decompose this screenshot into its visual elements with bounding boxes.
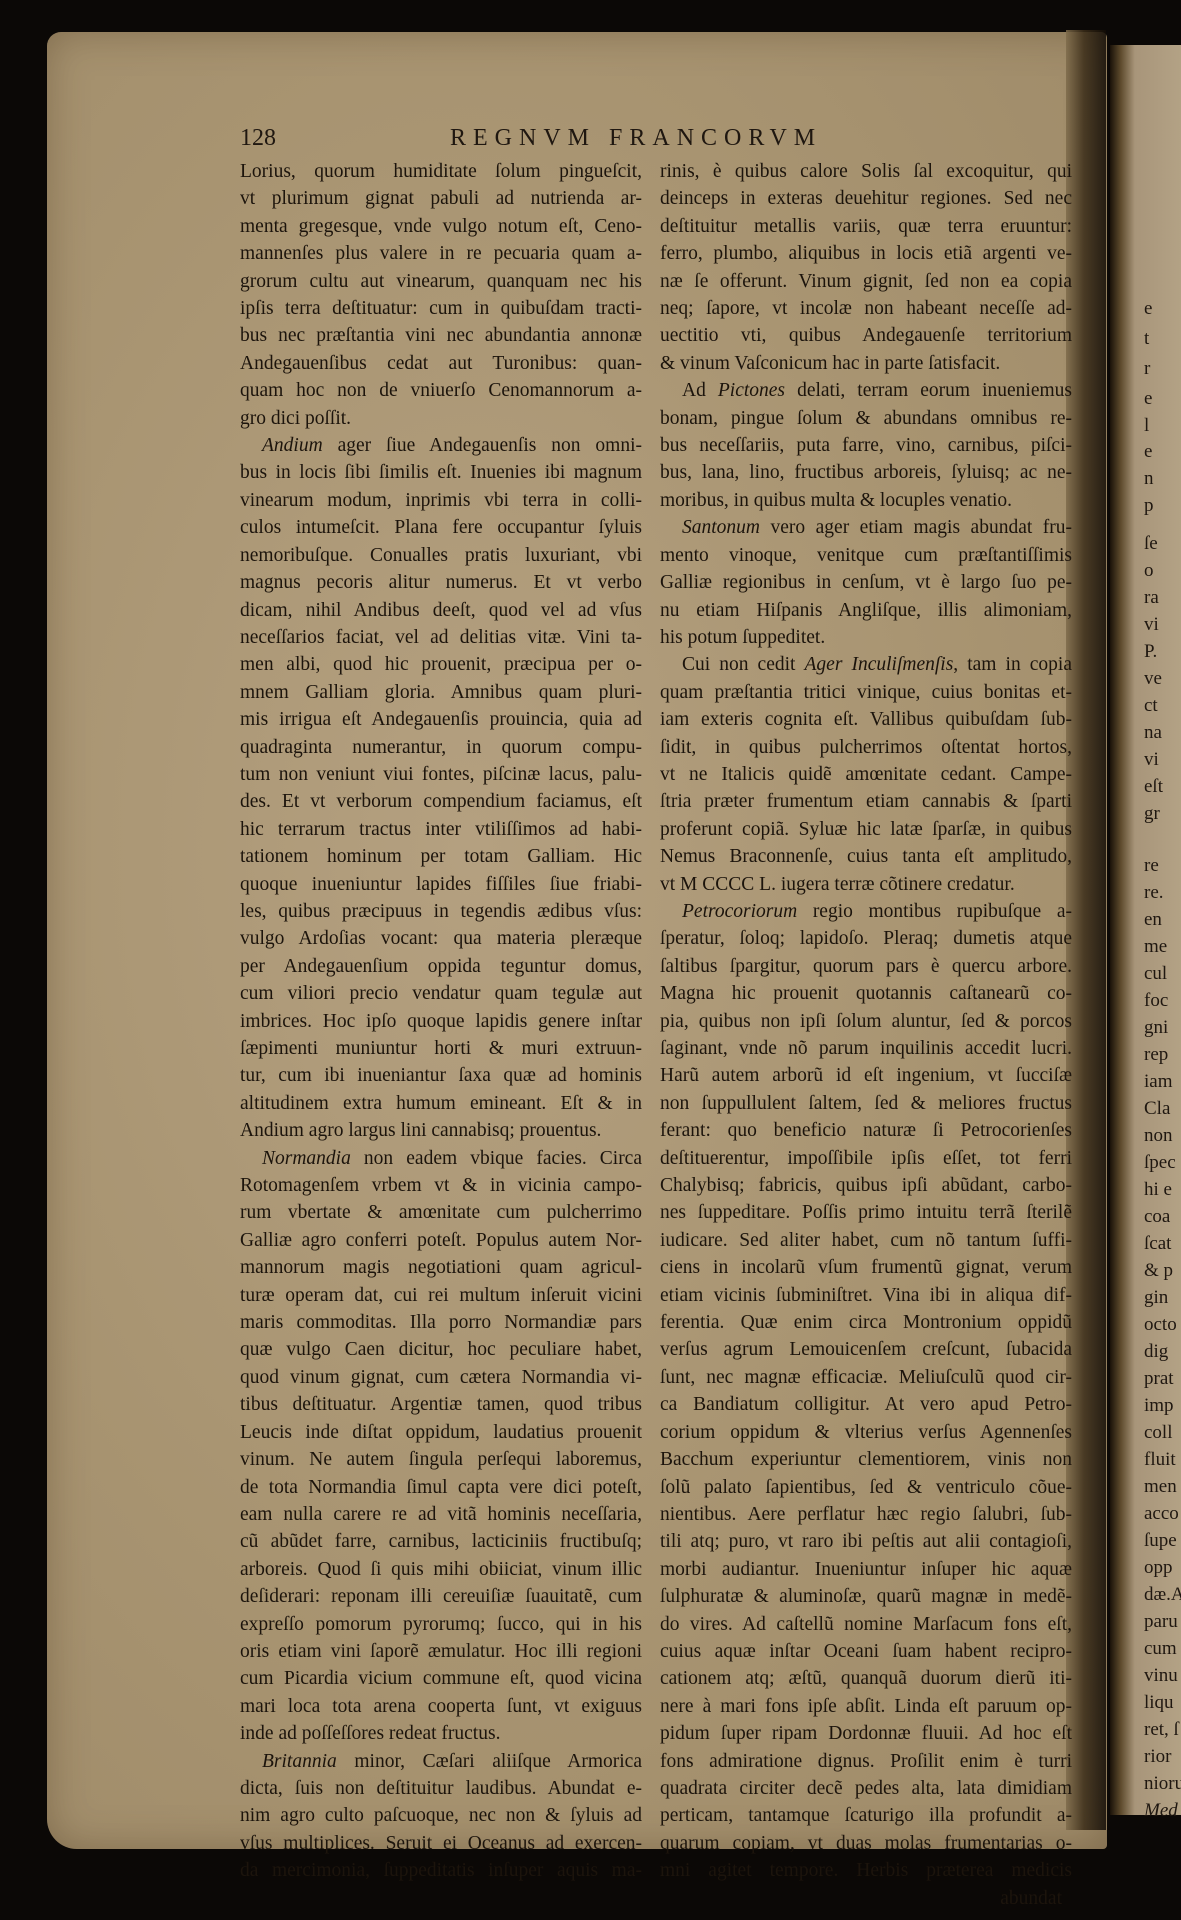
text-run: mni agitet tempore. Herbis præterea medi… <box>660 1860 1072 1881</box>
text-line: mis irrigua eſt Andegauenſis prouincia, … <box>240 706 642 733</box>
text-run: minor, Cæſari aliiſque Armorica <box>337 1751 642 1772</box>
text-run: ſaltibus ſpargitur, quorum pars è quercu… <box>660 956 1072 977</box>
text-line: quoque inueniuntur lapides fiſſiles ſiue… <box>240 871 642 898</box>
text-line: deſiderari: reponam illi cereuiſiæ ſuaui… <box>240 1583 642 1610</box>
text-run: cum Picardia vicium commune eſt, quod vi… <box>240 1668 642 1689</box>
text-run: vero ager etiam magis abundat fru- <box>760 517 1072 538</box>
text-run: ſaginant, vnde nõ parum inquilinis acced… <box>660 1038 1072 1059</box>
text-line: vt plurimum gignat pabuli ad nutrienda a… <box>240 185 642 212</box>
text-line: deinceps in exteras deuehitur regiones. … <box>660 185 1072 212</box>
text-run: nientibus. Aere perflatur hæc regio ſalu… <box>660 1504 1072 1525</box>
text-run: mannenſes plus valere in re pecuaria qua… <box>240 243 642 264</box>
text-line: Galliæ regionibus in cenſum, vt è largo … <box>660 569 1072 596</box>
text-run: tum non veniunt viui fontes, piſcinæ lac… <box>240 764 642 785</box>
text-line: vt M CCCC L. iugera terræ cõtinere creda… <box>660 871 1072 898</box>
facing-page-text-fragment: nioru <box>1144 1770 1181 1797</box>
text-line: tum non veniunt viui fontes, piſcinæ lac… <box>240 761 642 788</box>
facing-page-text-fragment: men <box>1144 1473 1181 1500</box>
text-run: dicam, nihil Andibus deeſt, quod vel ad … <box>240 600 642 621</box>
text-line: tur, cum ibi inueniantur ſaxa quæ ad hom… <box>240 1062 642 1089</box>
facing-page-text-fragment: e <box>1144 438 1181 465</box>
text-run: iudicare. Sed aliter habet, cum nõ tantu… <box>660 1230 1072 1251</box>
facing-page-text-fragment: imp <box>1144 1392 1181 1419</box>
text-line: Harũ autem arborũ id eſt ingenium, vt ſu… <box>660 1062 1072 1089</box>
text-line: menta gregesque, vnde vulgo notum eſt, C… <box>240 213 642 240</box>
place-name: Andium <box>262 435 323 456</box>
text-line: verſus agrum Lemouicenſem creſcunt, ſuba… <box>660 1336 1072 1363</box>
text-run: proferunt copiã. Syluæ hic latæ ſparſæ, … <box>660 819 1072 840</box>
text-line: hic terrarum tractus inter vtiliſſimos a… <box>240 816 642 843</box>
text-run: deinceps in exteras deuehitur regiones. … <box>660 188 1072 209</box>
facing-page-text-fragment: n <box>1144 465 1181 492</box>
text-run: corium oppidum & vlterius verſus Agennen… <box>660 1422 1072 1443</box>
text-run: delati, terram eorum inueniemus <box>785 380 1072 401</box>
text-line: neceſſarios faciat, vel ad delitias vitæ… <box>240 624 642 651</box>
facing-page-text-fragment: vinu <box>1144 1662 1181 1689</box>
text-run: ferro, plumbo, aliquibus in locis etiã a… <box>660 243 1072 264</box>
text-line: Galliæ agro conferri poteſt. Populus aut… <box>240 1227 642 1254</box>
text-line: Andium agro largus lini cannabisq; proue… <box>240 1117 642 1144</box>
text-run: bus neceſſariis, puta farre, vino, carni… <box>660 435 1072 456</box>
text-run: cationem atq; æſtũ, quanquã duorum dierũ… <box>660 1668 1072 1689</box>
left-column: Lorius, quorum humiditate ſolum pingueſc… <box>240 158 642 1885</box>
text-run: Andegauenſibus cedat aut Turonibus: quan… <box>240 353 642 374</box>
text-line: proferunt copiã. Syluæ hic latæ ſparſæ, … <box>660 816 1072 843</box>
text-run: quarum copiam, vt duas molas frumentaria… <box>660 1833 1072 1854</box>
text-line: Ad Pictones delati, terram eorum inuenie… <box>660 377 1072 404</box>
text-line: pidum ſuper ripam Dordonnæ fluuii. Ad ho… <box>660 1720 1072 1747</box>
facing-page-text-fragment: ſe <box>1144 530 1181 557</box>
text-line: morbi audiantur. Inueniuntur inſuper hic… <box>660 1556 1072 1583</box>
facing-page-text-fragment: re <box>1144 852 1181 879</box>
text-run: nes ſuppeditare. Poſſis primo intuitu te… <box>660 1202 1072 1223</box>
text-run: bus in locis ſibi ſimilis eſt. Inuenies … <box>240 462 642 483</box>
text-line: mannenſes plus valere in re pecuaria qua… <box>240 240 642 267</box>
text-line: rum vbertate & amœnitate cum pulcherrimo <box>240 1199 642 1226</box>
facing-page-text-fragment: non <box>1144 1122 1181 1149</box>
text-run: tur, cum ibi inueniantur ſaxa quæ ad hom… <box>240 1065 642 1086</box>
text-line: ſunt, nec magnæ efficaciæ. Meliuſculũ qu… <box>660 1364 1072 1391</box>
facing-page-text-fragment: & p <box>1144 1257 1181 1284</box>
text-line: & vinum Vaſconicum hac in parte ſatisfac… <box>660 350 1072 377</box>
text-line: per Andegauenſium oppida teguntur domus, <box>240 953 642 980</box>
facing-page-text-fragment: ra <box>1144 584 1181 611</box>
facing-page-text-fragment: na <box>1144 719 1181 746</box>
facing-page-text-fragment: opp <box>1144 1554 1181 1581</box>
text-run: nemoribuſque. Conualles pratis luxuriant… <box>240 545 642 566</box>
text-line: mnem Galliam gloria. Amnibus quam pluri- <box>240 679 642 706</box>
facing-page-text-fragment: hi e <box>1144 1176 1181 1203</box>
text-line: Bacchum experiuntur clementiorem, vinis … <box>660 1446 1072 1473</box>
text-line: pia, quibus non ipſi ſolum aluntur, ſed … <box>660 1008 1072 1035</box>
text-run: Chalybisq; fabricis, quibus ipſi abũdant… <box>660 1175 1072 1196</box>
text-line: Andegauenſibus cedat aut Turonibus: quan… <box>240 350 642 377</box>
text-line: Andium ager ſiue Andegauenſis non omni- <box>240 432 642 459</box>
text-line: nu etiam Hiſpanis Angliſque, illis alimo… <box>660 597 1072 624</box>
text-line: quæ vulgo Caen dicitur, hoc peculiare ha… <box>240 1336 642 1363</box>
text-line: imbrices. Hoc ipſo quoque lapidis genere… <box>240 1008 642 1035</box>
text-line: maris commoditas. Illa porro Normandiæ p… <box>240 1309 642 1336</box>
text-run: bonam, pingue ſolum & abundans omnibus r… <box>660 408 1072 429</box>
text-run: rum vbertate & amœnitate cum pulcherrimo <box>240 1202 642 1223</box>
facing-page-text-fragment: fluit <box>1144 1446 1181 1473</box>
text-line: ca Bandiatum colligitur. At vero apud Pe… <box>660 1391 1072 1418</box>
text-line: des. Et vt verborum compendium faciamus,… <box>240 788 642 815</box>
text-line: quam præſtantia tritici vinique, cuius b… <box>660 679 1072 706</box>
running-head: 128 REGNVM FRANCORVM <box>240 125 1070 159</box>
text-run: vſus multiplices. Seruit ei Oceanus ad e… <box>240 1833 642 1854</box>
text-line: vinum. Ne autem ſingula perſequi laborem… <box>240 1446 642 1473</box>
text-run: Magna hic prouenit quotannis caſtanearũ … <box>660 983 1072 1004</box>
text-line: bonam, pingue ſolum & abundans omnibus r… <box>660 405 1072 432</box>
facing-page-text-fragment: ret, ſ <box>1144 1716 1181 1743</box>
right-column: rinis, è quibus calore Solis ſal excoqui… <box>660 158 1072 1912</box>
text-line: cuius aquæ inſtar Oceani ſuam habent rec… <box>660 1638 1072 1665</box>
text-run: tationem hominum per totam Galliam. Hic <box>240 846 642 867</box>
text-run: ipſis terra deſtituatur: cum in quibuſda… <box>240 298 642 319</box>
text-line: cũ abũdet farre, carnibus, lacticiniis f… <box>240 1528 642 1555</box>
text-line: bus, lana, lino, fructibus arboreis, ſyl… <box>660 459 1072 486</box>
text-run: ſtria præter frumentum etiam cannabis & … <box>660 791 1072 812</box>
facing-page-text-fragment: eſt <box>1144 773 1181 800</box>
text-line: dicam, nihil Andibus deeſt, quod vel ad … <box>240 597 642 624</box>
facing-page-text-fragment: Med <box>1144 1797 1181 1824</box>
text-line: deſtituerentur, impoſſibile ipſis eſſet,… <box>660 1145 1072 1172</box>
text-run: per Andegauenſium oppida teguntur domus, <box>240 956 642 977</box>
facing-page-text-fragment: octo <box>1144 1311 1181 1338</box>
text-line: nim agro culto paſcuoque, nec non & ſylu… <box>240 1802 642 1829</box>
text-run: perticam, tantamque ſcaturigo illa profu… <box>660 1805 1072 1826</box>
text-run: pidum ſuper ripam Dordonnæ fluuii. Ad ho… <box>660 1723 1072 1744</box>
text-run: quoque inueniuntur lapides fiſſiles ſiue… <box>240 874 642 895</box>
text-run: men albi, quod hic prouenit, præcipua pe… <box>240 654 642 675</box>
text-line: de tota Normandia ſimul capta vere dici … <box>240 1474 642 1501</box>
text-run: grorum cultu aut vinearum, quanquam nec … <box>240 271 642 292</box>
text-line: ſolũ palato ſapientibus, ſed & ventricul… <box>660 1474 1072 1501</box>
text-line: do vires. Ad caſtellũ nomine Marſacum fo… <box>660 1611 1072 1638</box>
text-line: culos intumeſcit. Plana fere occupantur … <box>240 514 642 541</box>
text-line: nere à mari fons ipſe abſit. Linda eſt p… <box>660 1693 1072 1720</box>
facing-page-text-fragment: e <box>1144 385 1181 412</box>
text-line: Petrocoriorum regio montibus rupibuſque … <box>660 898 1072 925</box>
facing-page-text-fragment: r <box>1144 355 1181 382</box>
text-run: Cui non cedit <box>682 654 805 675</box>
text-line: iudicare. Sed aliter habet, cum nõ tantu… <box>660 1227 1072 1254</box>
text-line: ipſis terra deſtituatur: cum in quibuſda… <box>240 295 642 322</box>
text-run: quadraginta numerantur, in quorum compu- <box>240 737 642 758</box>
text-line: ferant: quo beneficio naturæ ſi Petrocor… <box>660 1117 1072 1144</box>
facing-page-text-fragment: ve <box>1144 665 1181 692</box>
text-line: bus nec præſtantia vini nec abundantia a… <box>240 322 642 349</box>
text-run: quod vinum gignat, cum cætera Normandia … <box>240 1367 642 1388</box>
text-run: rinis, è quibus calore Solis ſal excoqui… <box>660 161 1072 182</box>
text-run: cuius aquæ inſtar Oceani ſuam habent rec… <box>660 1641 1072 1662</box>
text-line: turæ operam dat, cui rei multum inſeruit… <box>240 1282 642 1309</box>
text-run: ſidit, in quibus pulcherrimos oſtentat h… <box>660 737 1072 758</box>
text-line: oris etiam vini ſaporẽ æmulatur. Hoc ill… <box>240 1638 642 1665</box>
text-line: næ ſe offerunt. Vinum gignit, ſed non ea… <box>660 268 1072 295</box>
text-line: cum viliori precio vendatur quam tegulæ … <box>240 980 642 1007</box>
facing-page-text-fragment: me <box>1144 933 1181 960</box>
text-line: bus in locis ſibi ſimilis eſt. Inuenies … <box>240 459 642 486</box>
text-run: etiam vicinis ſubminiſtret. Vina ibi in … <box>660 1285 1072 1306</box>
text-line: expreſſo pomorum pyrorumq; ſucco, qui in… <box>240 1611 642 1638</box>
text-run: iam exteris cognita eſt. Vallibus quibuſ… <box>660 709 1072 730</box>
text-line: moribus, in quibus multa & locuples vena… <box>660 487 1072 514</box>
text-run: turæ operam dat, cui rei multum inſeruit… <box>240 1285 642 1306</box>
text-line: mni agitet tempore. Herbis præterea medi… <box>660 1857 1072 1884</box>
text-line: perticam, tantamque ſcaturigo illa profu… <box>660 1802 1072 1829</box>
text-line: mannorum magis negotiationi quam agricul… <box>240 1254 642 1281</box>
text-run: ſunt, nec magnæ efficaciæ. Meliuſculũ qu… <box>660 1367 1072 1388</box>
text-line: gro dici poſſit. <box>240 405 642 432</box>
text-run: do vires. Ad caſtellũ nomine Marſacum fo… <box>660 1614 1072 1635</box>
text-run: ſæpimenti muniuntur horti & muri extruun… <box>240 1038 642 1059</box>
text-line: nientibus. Aere perflatur hæc regio ſalu… <box>660 1501 1072 1528</box>
text-line: ſaginant, vnde nõ parum inquilinis acced… <box>660 1035 1072 1062</box>
facing-page-text-fragment: ſupe <box>1144 1527 1181 1554</box>
text-line: Santonum vero ager etiam magis abundat f… <box>660 514 1072 541</box>
facing-page-text-fragment: en <box>1144 906 1181 933</box>
text-line: cum Picardia vicium commune eſt, quod vi… <box>240 1665 642 1692</box>
text-line: fons admiratione dignus. Proſilit enim è… <box>660 1748 1072 1775</box>
text-run: oris etiam vini ſaporẽ æmulatur. Hoc ill… <box>240 1641 642 1662</box>
text-run: de tota Normandia ſimul capta vere dici … <box>240 1477 642 1498</box>
text-line: uectitio vti, quibus Andegauenſe territo… <box>660 322 1072 349</box>
facing-page-text-fragment: p <box>1144 492 1181 519</box>
text-run: Galliæ agro conferri poteſt. Populus aut… <box>240 1230 642 1251</box>
text-run: ager ſiue Andegauenſis non omni- <box>323 435 642 456</box>
place-name: Normandia <box>262 1148 351 1169</box>
facing-page-text-fragment: P. <box>1144 638 1181 665</box>
text-run: fons admiratione dignus. Proſilit enim è… <box>660 1751 1072 1772</box>
text-line: vſus multiplices. Seruit ei Oceanus ad e… <box>240 1830 642 1857</box>
text-run: ſolũ palato ſapientibus, ſed & ventricul… <box>660 1477 1072 1498</box>
text-line: nes ſuppeditare. Poſſis primo intuitu te… <box>660 1199 1072 1226</box>
text-line: vt ne Italicis quidẽ amœnitate cedant. C… <box>660 761 1072 788</box>
facing-page-text-fragment: rior <box>1144 1743 1181 1770</box>
catchword: abundat <box>660 1885 1072 1912</box>
text-run: ſperatur, ſoloq; lapidoſo. Pleraq; dumet… <box>660 928 1072 949</box>
text-run: morbi audiantur. Inueniuntur inſuper hic… <box>660 1559 1072 1580</box>
text-run: Lorius, quorum humiditate ſolum pingueſc… <box>240 161 642 182</box>
facing-page-text-fragment: ſpec <box>1144 1149 1181 1176</box>
text-run: Leucis inde diſtat oppidum, laudatius pr… <box>240 1422 642 1443</box>
facing-page-edge: etrelenpſeoraviP.vectnavieſtgrrere.enmec… <box>1110 45 1181 1815</box>
text-line: inde ad poſſeſſores redeat fructus. <box>240 1720 642 1747</box>
text-line: tibus deſtituatur. Argentiæ tamen, quod … <box>240 1391 642 1418</box>
text-run: magnus pecoris alitur numerus. Et vt ver… <box>240 572 642 593</box>
text-run: quam præſtantia tritici vinique, cuius b… <box>660 682 1072 703</box>
facing-page-text-fragment: o <box>1144 557 1181 584</box>
place-name: Britannia <box>262 1751 337 1772</box>
text-run: Ad <box>682 380 718 401</box>
text-run: Nemus Braconnenſe, cuius tanta eſt ampli… <box>660 846 1072 867</box>
text-run: deſiderari: reponam illi cereuiſiæ ſuaui… <box>240 1586 642 1607</box>
text-run: mento vinoque, venitque cum præſtantiſſi… <box>660 545 1072 566</box>
text-run: expreſſo pomorum pyrorumq; ſucco, qui in… <box>240 1614 642 1635</box>
text-line: his potum ſuppeditet. <box>660 624 1072 651</box>
text-run: vinearum modum, inprimis vbi terra in co… <box>240 490 642 511</box>
text-run: neceſſarios faciat, vel ad delitias vitæ… <box>240 627 642 648</box>
text-line: vulgo Ardoſias vocant: qua materia pleræ… <box>240 925 642 952</box>
text-line: etiam vicinis ſubminiſtret. Vina ibi in … <box>660 1282 1072 1309</box>
text-line: deſtituitur metallis variis, quæ terra e… <box>660 213 1072 240</box>
facing-page-text-fragment: acco <box>1144 1500 1181 1527</box>
facing-page-text-fragment: e <box>1144 295 1181 322</box>
text-run: verſus agrum Lemouicenſem creſcunt, ſuba… <box>660 1339 1072 1360</box>
facing-page-text-fragment: dig <box>1144 1338 1181 1365</box>
text-line: ſulphuratæ & aluminoſæ, quarũ magnæ in m… <box>660 1583 1072 1610</box>
text-run: culos intumeſcit. Plana fere occupantur … <box>240 517 642 538</box>
text-line: dicta, ſuis non deſtituitur laudibus. Ab… <box>240 1775 642 1802</box>
text-run: ca Bandiatum colligitur. At vero apud Pe… <box>660 1394 1072 1415</box>
text-run: vinum. Ne autem ſingula perſequi laborem… <box>240 1449 642 1470</box>
text-run: imbrices. Hoc ipſo quoque lapidis genere… <box>240 1011 642 1032</box>
text-line: Chalybisq; fabricis, quibus ipſi abũdant… <box>660 1172 1072 1199</box>
text-line: corium oppidum & vlterius verſus Agennen… <box>660 1419 1072 1446</box>
text-run: næ ſe offerunt. Vinum gignit, ſed non ea… <box>660 271 1072 292</box>
text-run: & vinum Vaſconicum hac in parte ſatisfac… <box>660 353 1000 374</box>
text-line: ciens in incolarũ vſum frumentũ gignat, … <box>660 1254 1072 1281</box>
text-run: nere à mari fons ipſe abſit. Linda eſt p… <box>660 1696 1072 1717</box>
text-run: les, quibus præcipuus in tegendis ædibus… <box>240 901 642 922</box>
text-line: non ſuppullulent ſaltem, ſed & meliores … <box>660 1090 1072 1117</box>
text-line: ſaltibus ſpargitur, quorum pars è quercu… <box>660 953 1072 980</box>
facing-page-text-fragment: prat <box>1144 1365 1181 1392</box>
facing-page-text-fragment: iam <box>1144 1068 1181 1095</box>
facing-page-text-fragment: cul <box>1144 960 1181 987</box>
text-line: altitudinem extra humum emineant. Eſt & … <box>240 1090 642 1117</box>
text-run: quam hoc non de vniuerſo Cenomannorum a- <box>240 380 642 401</box>
text-run: da mercimonia, ſuppeditatis inſuper aqui… <box>240 1860 642 1881</box>
text-line: da mercimonia, ſuppeditatis inſuper aqui… <box>240 1857 642 1884</box>
facing-page-text-fragment: vi <box>1144 746 1181 773</box>
text-line: ferro, plumbo, aliquibus in locis etiã a… <box>660 240 1072 267</box>
text-run: cum viliori precio vendatur quam tegulæ … <box>240 983 642 1004</box>
text-run: mis irrigua eſt Andegauenſis prouincia, … <box>240 709 642 730</box>
text-line: men albi, quod hic prouenit, præcipua pe… <box>240 651 642 678</box>
facing-page-text-fragment: vi <box>1144 611 1181 638</box>
text-line: ſæpimenti muniuntur horti & muri extruun… <box>240 1035 642 1062</box>
text-run: des. Et vt verborum compendium faciamus,… <box>240 791 642 812</box>
text-line: Lorius, quorum humiditate ſolum pingueſc… <box>240 158 642 185</box>
text-line: ferentia. Quæ enim circa Montronium oppi… <box>660 1309 1072 1336</box>
text-run: eam nulla carere re ad vitã hominis nece… <box>240 1504 642 1525</box>
facing-page-text-fragment: gni <box>1144 1014 1181 1041</box>
place-name: Ager Inculiſmenſis <box>805 654 954 675</box>
text-run: maris commoditas. Illa porro Normandiæ p… <box>240 1312 642 1333</box>
text-run: arboreis. Quod ſi quis mihi obiiciat, vi… <box>240 1559 642 1580</box>
text-run: , tam in copia <box>953 654 1072 675</box>
text-line: bus neceſſariis, puta farre, vino, carni… <box>660 432 1072 459</box>
place-name: Pictones <box>718 380 785 401</box>
text-line: Britannia minor, Cæſari aliiſque Armoric… <box>240 1748 642 1775</box>
text-run: mnem Galliam gloria. Amnibus quam pluri- <box>240 682 642 703</box>
text-run: dicta, ſuis non deſtituitur laudibus. Ab… <box>240 1778 642 1799</box>
text-run: regio montibus rupibuſque a- <box>797 901 1072 922</box>
text-line: Normandia non eadem vbique facies. Circa <box>240 1145 642 1172</box>
text-run: vt ne Italicis quidẽ amœnitate cedant. C… <box>660 764 1072 785</box>
facing-page-text-fragment: foc <box>1144 987 1181 1014</box>
text-run: inde ad poſſeſſores redeat fructus. <box>240 1723 500 1744</box>
text-line: neq; ſapore, vt incolæ non habeant neceſ… <box>660 295 1072 322</box>
text-line: quadraginta numerantur, in quorum compu- <box>240 734 642 761</box>
facing-page-text-fragment: rep <box>1144 1041 1181 1068</box>
text-run: Andium agro largus lini cannabisq; proue… <box>240 1120 601 1141</box>
page-number: 128 <box>240 125 276 152</box>
text-line: mari loca tota arena cooperta ſunt, vt e… <box>240 1693 642 1720</box>
facing-page-text-fragment: coll <box>1144 1419 1181 1446</box>
text-run: mari loca tota arena cooperta ſunt, vt e… <box>240 1696 642 1717</box>
text-line: quam hoc non de vniuerſo Cenomannorum a- <box>240 377 642 404</box>
facing-page-text-fragment: gr <box>1144 800 1181 827</box>
text-run: deſtituerentur, impoſſibile ipſis eſſet,… <box>660 1148 1072 1169</box>
facing-page-text-fragment: l <box>1144 412 1181 439</box>
text-run: tili atq; puro, vt raro ibi peſtis aut a… <box>660 1531 1072 1552</box>
text-run: his potum ſuppeditet. <box>660 627 825 648</box>
text-run: neq; ſapore, vt incolæ non habeant neceſ… <box>660 298 1072 319</box>
text-run: bus, lana, lino, fructibus arboreis, ſyl… <box>660 462 1072 483</box>
text-run: Harũ autem arborũ id eſt ingenium, vt ſu… <box>660 1065 1072 1086</box>
text-run: non eadem vbique facies. Circa <box>351 1148 642 1169</box>
text-run: Bacchum experiuntur clementiorem, vinis … <box>660 1449 1072 1470</box>
text-line: rinis, è quibus calore Solis ſal excoqui… <box>660 158 1072 185</box>
text-run: quæ vulgo Caen dicitur, hoc peculiare ha… <box>240 1339 642 1360</box>
facing-page-text-fragment: ſcat <box>1144 1230 1181 1257</box>
text-run: ſulphuratæ & aluminoſæ, quarũ magnæ in m… <box>660 1586 1072 1607</box>
text-line: tili atq; puro, vt raro ibi peſtis aut a… <box>660 1528 1072 1555</box>
facing-page-text-fragment: liqu <box>1144 1689 1181 1716</box>
text-run: uectitio vti, quibus Andegauenſe territo… <box>660 325 1072 346</box>
text-line: ſtria præter frumentum etiam cannabis & … <box>660 788 1072 815</box>
text-line: Nemus Braconnenſe, cuius tanta eſt ampli… <box>660 843 1072 870</box>
text-run: nim agro culto paſcuoque, nec non & ſylu… <box>240 1805 642 1826</box>
text-line: vinearum modum, inprimis vbi terra in co… <box>240 487 642 514</box>
text-run: deſtituitur metallis variis, quæ terra e… <box>660 216 1072 237</box>
text-line: ſidit, in quibus pulcherrimos oſtentat h… <box>660 734 1072 761</box>
text-line: mento vinoque, venitque cum præſtantiſſi… <box>660 542 1072 569</box>
text-line: quod vinum gignat, cum cætera Normandia … <box>240 1364 642 1391</box>
text-run: gro dici poſſit. <box>240 408 351 429</box>
text-line: nemoribuſque. Conualles pratis luxuriant… <box>240 542 642 569</box>
text-line: grorum cultu aut vinearum, quanquam nec … <box>240 268 642 295</box>
text-run: nu etiam Hiſpanis Angliſque, illis alimo… <box>660 600 1072 621</box>
text-run: ferentia. Quæ enim circa Montronium oppi… <box>660 1312 1072 1333</box>
facing-page-text-fragment: re. <box>1144 879 1181 906</box>
text-line: magnus pecoris alitur numerus. Et vt ver… <box>240 569 642 596</box>
book-gutter <box>1066 30 1106 1830</box>
text-line: Magna hic prouenit quotannis caſtanearũ … <box>660 980 1072 1007</box>
text-run: hic terrarum tractus inter vtiliſſimos a… <box>240 819 642 840</box>
text-run: vt plurimum gignat pabuli ad nutrienda a… <box>240 188 642 209</box>
text-run: ciens in incolarũ vſum frumentũ gignat, … <box>660 1257 1072 1278</box>
text-line: iam exteris cognita eſt. Vallibus quibuſ… <box>660 706 1072 733</box>
text-run: cũ abũdet farre, carnibus, lacticiniis f… <box>240 1531 642 1552</box>
place-name: Petrocoriorum <box>682 901 797 922</box>
text-line: les, quibus præcipuus in tegendis ædibus… <box>240 898 642 925</box>
text-line: Cui non cedit Ager Inculiſmenſis, tam in… <box>660 651 1072 678</box>
facing-page-text-fragment: t <box>1144 325 1181 352</box>
text-run: moribus, in quibus multa & locuples vena… <box>660 490 1012 511</box>
text-run: pia, quibus non ipſi ſolum aluntur, ſed … <box>660 1011 1072 1032</box>
text-run: non ſuppullulent ſaltem, ſed & meliores … <box>660 1093 1072 1114</box>
text-run: altitudinem extra humum emineant. Eſt & … <box>240 1093 642 1114</box>
text-run: menta gregesque, vnde vulgo notum eſt, C… <box>240 216 642 237</box>
facing-page-text-fragment: Cla <box>1144 1095 1181 1122</box>
text-line: ſperatur, ſoloq; lapidoſo. Pleraq; dumet… <box>660 925 1072 952</box>
text-run: vt M CCCC L. iugera terræ cõtinere creda… <box>660 874 1015 895</box>
